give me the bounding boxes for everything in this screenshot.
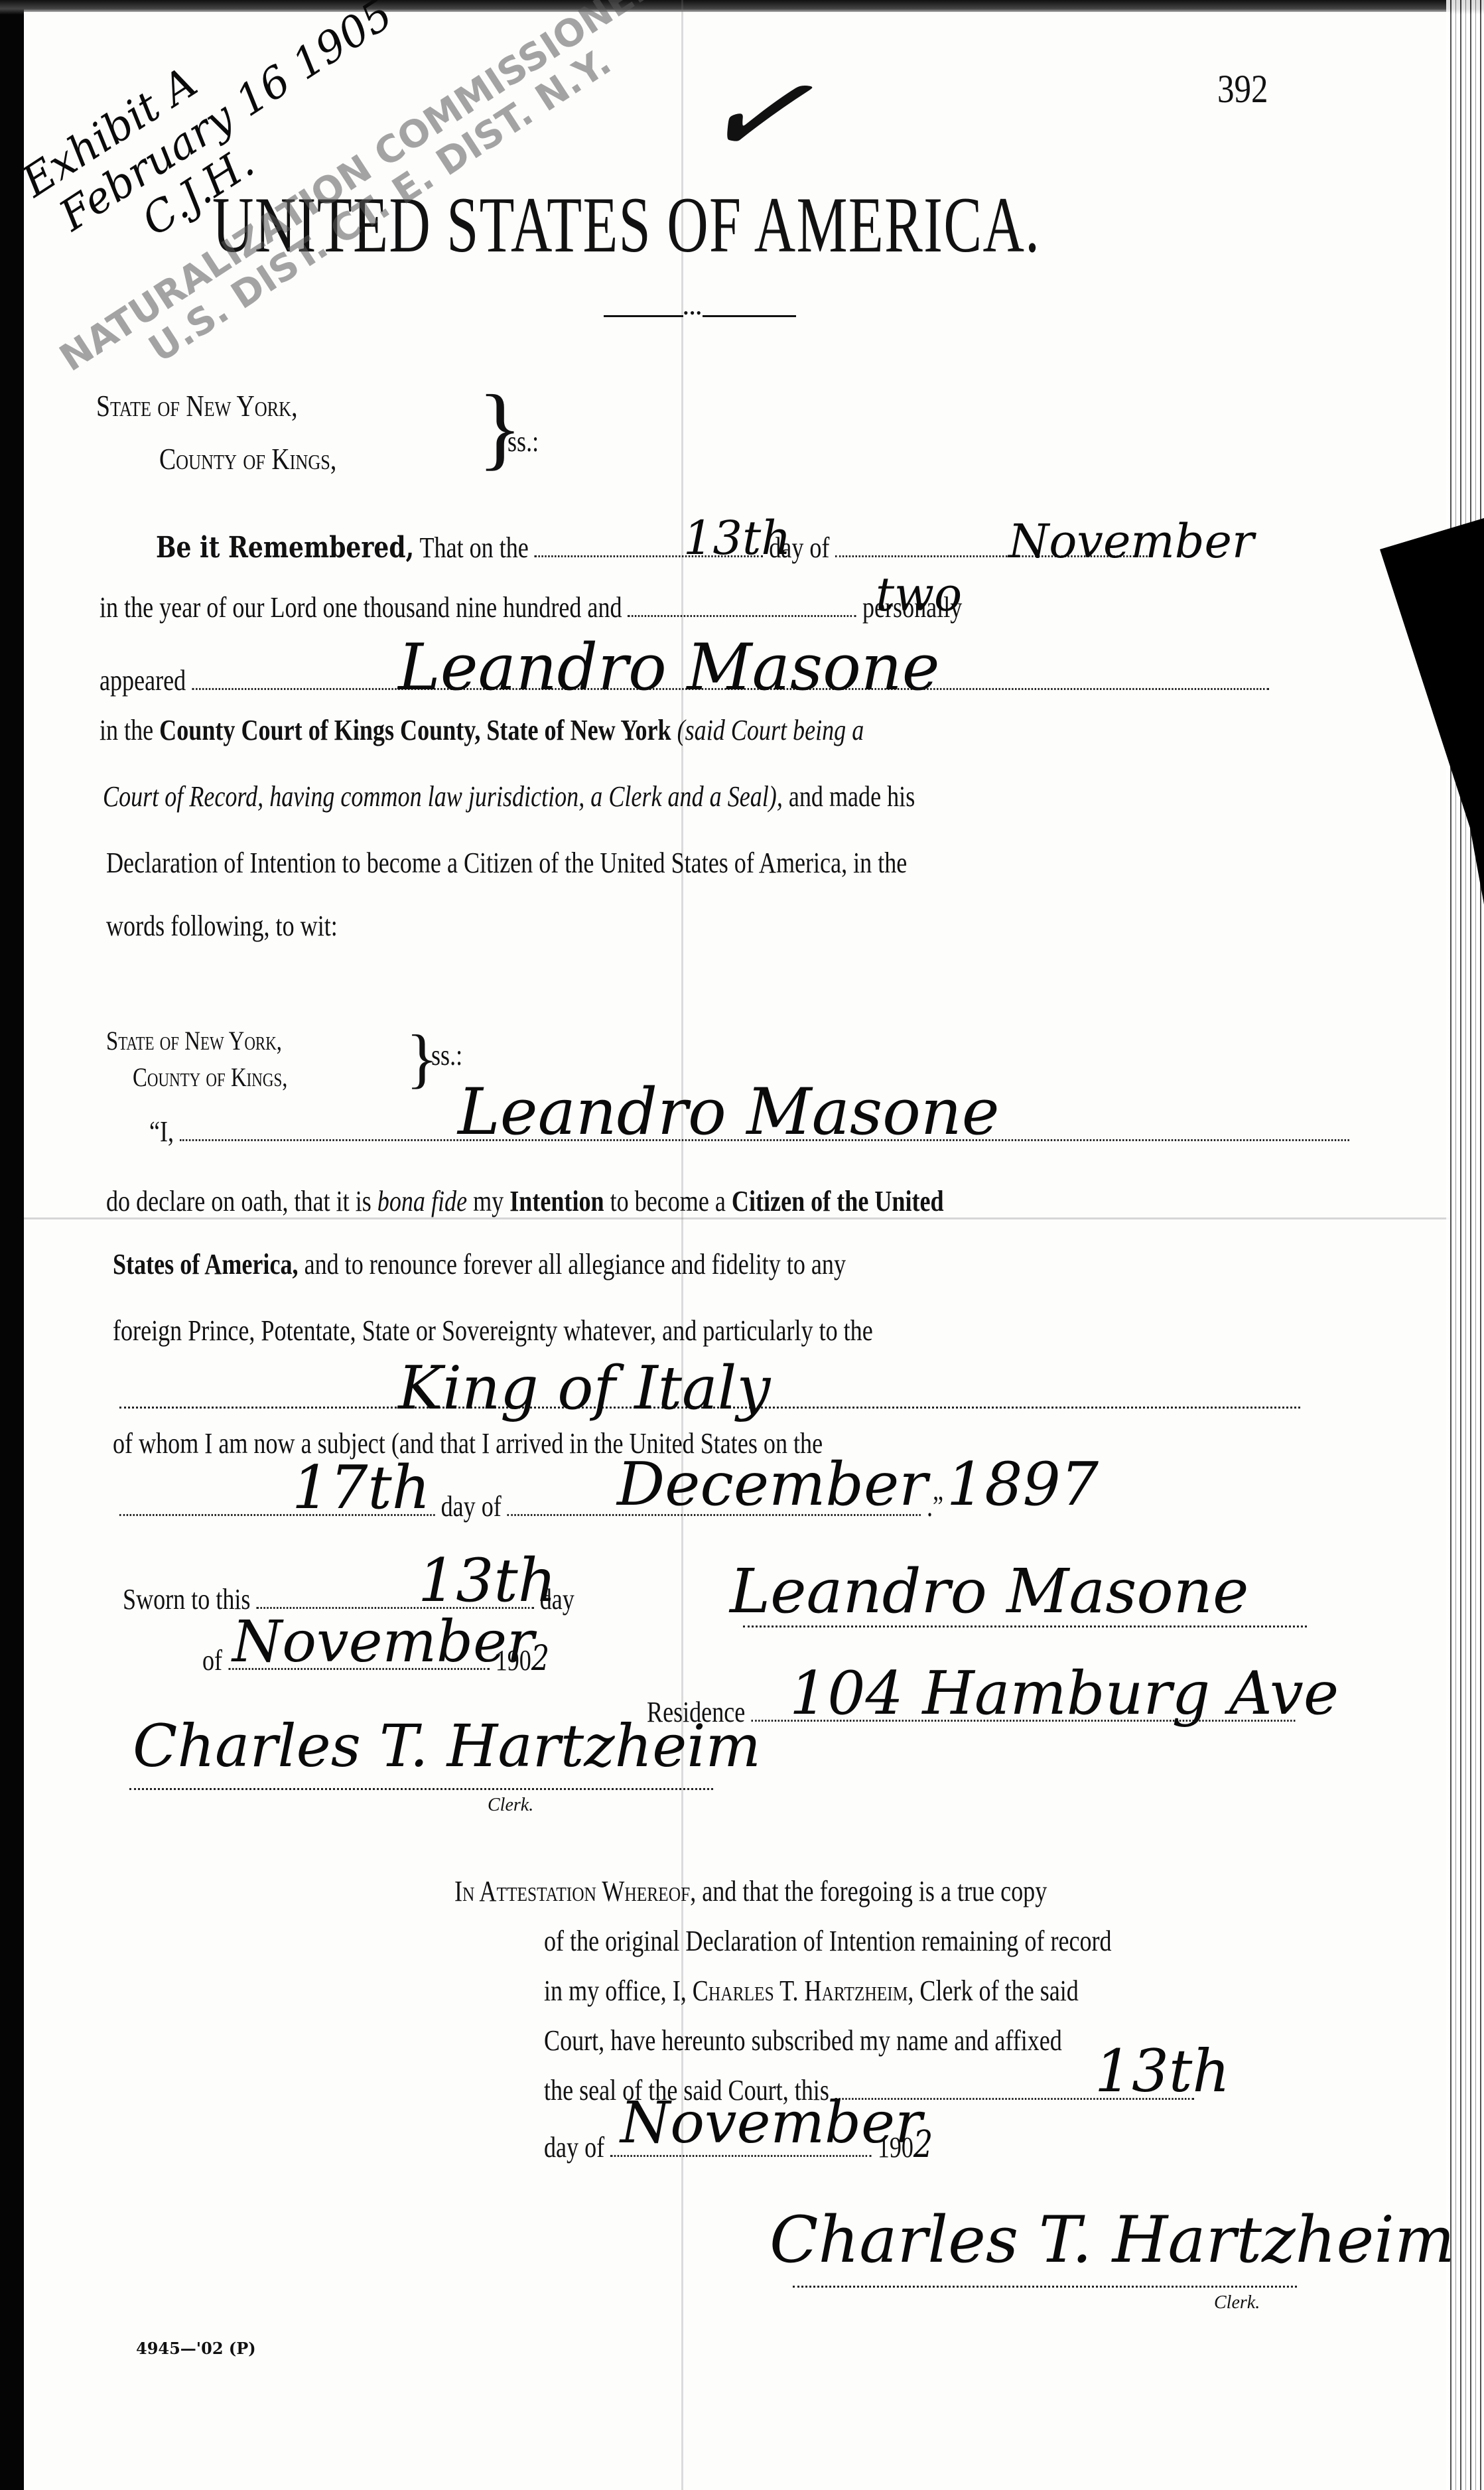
sworn-of-label: of — [202, 1644, 222, 1677]
decl-to-become: to become a — [610, 1185, 726, 1217]
decl-citizen: Citizen of the United — [732, 1185, 944, 1217]
remembrance-line-6: Declaration of Intention to become a Cit… — [106, 846, 1412, 880]
sovereign-value: King of Italy — [398, 1353, 770, 1423]
decl-my: my — [473, 1185, 504, 1217]
court-paren-1: (said Court being a — [677, 714, 864, 746]
declarant-name-value: Leandro Masone — [458, 1075, 1000, 1149]
appeared-label: appeared — [100, 664, 186, 697]
remembrance-month-value: November — [1008, 514, 1254, 569]
remembrance-line-4: in the County Court of Kings County, Sta… — [100, 713, 1405, 747]
attestation-day-of-label: day of — [544, 2131, 604, 2164]
decl-text-a: do declare on oath, that it is — [106, 1185, 371, 1217]
in-the-label: in the — [100, 714, 153, 746]
sworn-day-value: 13th — [418, 1546, 557, 1616]
decl-intention: Intention — [509, 1185, 604, 1217]
attestation-month-value: November — [620, 2090, 922, 2156]
arrival-day-value: 17th — [292, 1453, 431, 1523]
attestation-line-2: of the original Declaration of Intention… — [544, 1924, 1469, 1958]
remembrance-line-2: in the year of our Lord one thousand nin… — [100, 590, 1296, 624]
in-attestation-whereof: In Attestation Whereof, — [454, 1875, 696, 1907]
year-prefix-label: in the year of our Lord one thousand nin… — [100, 591, 622, 624]
venue-ss: ss.: — [507, 425, 539, 458]
declaration-line-2: States of America, and to renounce forev… — [113, 1247, 1418, 1281]
clerk-signature-line-1 — [129, 1781, 713, 1793]
remembrance-line-7: words following, to wit: — [106, 909, 338, 943]
page-number: 392 — [1217, 66, 1268, 112]
court-paren-2: Court of Record, having common law juris… — [103, 780, 783, 813]
appeared-name-value: Leandro Masone — [398, 630, 940, 705]
made-his-label: and made his — [789, 780, 915, 813]
attestation-line-4: Court, have hereunto subscribed my name … — [544, 2024, 1469, 2057]
form-code: 4945—'02 (P) — [136, 2339, 256, 2358]
venue-county: County of Kings, — [159, 441, 336, 476]
clerk-signature-line-2 — [793, 2279, 1297, 2291]
remembrance-year-value: two — [876, 567, 962, 622]
clerk-label-1: Clerk. — [488, 1795, 533, 1816]
bona-fide: bona fide — [377, 1185, 467, 1217]
be-it-remembered: Be it Remembered, — [156, 531, 414, 565]
open-quote-i: “I, — [149, 1115, 174, 1148]
attestation-line-3: in my office, I, Charles T. Hartzheim, C… — [544, 1974, 1469, 2008]
declaration-line-1: do declare on oath, that it is bona fide… — [106, 1184, 1412, 1218]
decl-renounce: and to renounce forever all allegiance a… — [304, 1248, 846, 1280]
title-ornament-rule — [604, 315, 796, 317]
clerk-signature-1: Charles T. Hartzheim — [133, 1712, 761, 1780]
that-on-the-label: That on the — [420, 531, 529, 564]
remembrance-line-5: Court of Record, having common law juris… — [103, 780, 1408, 813]
residence-value: 104 Hamburg Ave — [789, 1659, 1339, 1728]
declarant-signature: Leandro Masone — [730, 1556, 1249, 1627]
decl-states-of-america: States of America, — [113, 1248, 299, 1280]
year-field — [628, 615, 856, 617]
attestation-day-value: 13th — [1095, 2037, 1230, 2105]
declaration-ss: ss.: — [431, 1038, 462, 1072]
attestation-clerk-name: Charles T. Hartzheim, — [693, 1974, 914, 2007]
scan-left-border — [0, 0, 24, 2490]
declaration-line-3: foreign Prince, Potentate, State or Sove… — [113, 1314, 1418, 1348]
clerk-label-2: Clerk. — [1214, 2292, 1260, 2314]
clerk-signature-2: Charles T. Hartzheim — [770, 2203, 1455, 2277]
attestation-true-copy: and that the foregoing is a true copy — [702, 1875, 1047, 1907]
sworn-month-value: November — [232, 1609, 534, 1675]
sworn-to-this-label: Sworn to this — [123, 1583, 250, 1616]
attestation-in-my-office: in my office, I, — [544, 1974, 687, 2007]
declaration-venue-state: State of New York, — [106, 1025, 282, 1056]
attestation-clerk-of-said: Clerk of the said — [919, 1974, 1078, 2007]
declaration-venue-county: County of Kings, — [133, 1062, 287, 1093]
attestation-line-1: In Attestation Whereof, and that the for… — [454, 1874, 1434, 1908]
arrival-month-year-value: December 1897 — [617, 1450, 1099, 1519]
remembrance-day-value: 13th — [683, 511, 791, 565]
arrival-day-of-label: day of — [441, 1490, 502, 1523]
scan-right-edge — [1446, 0, 1484, 2490]
court-name: County Court of Kings County, State of N… — [159, 714, 671, 746]
venue-state: State of New York, — [96, 388, 298, 423]
